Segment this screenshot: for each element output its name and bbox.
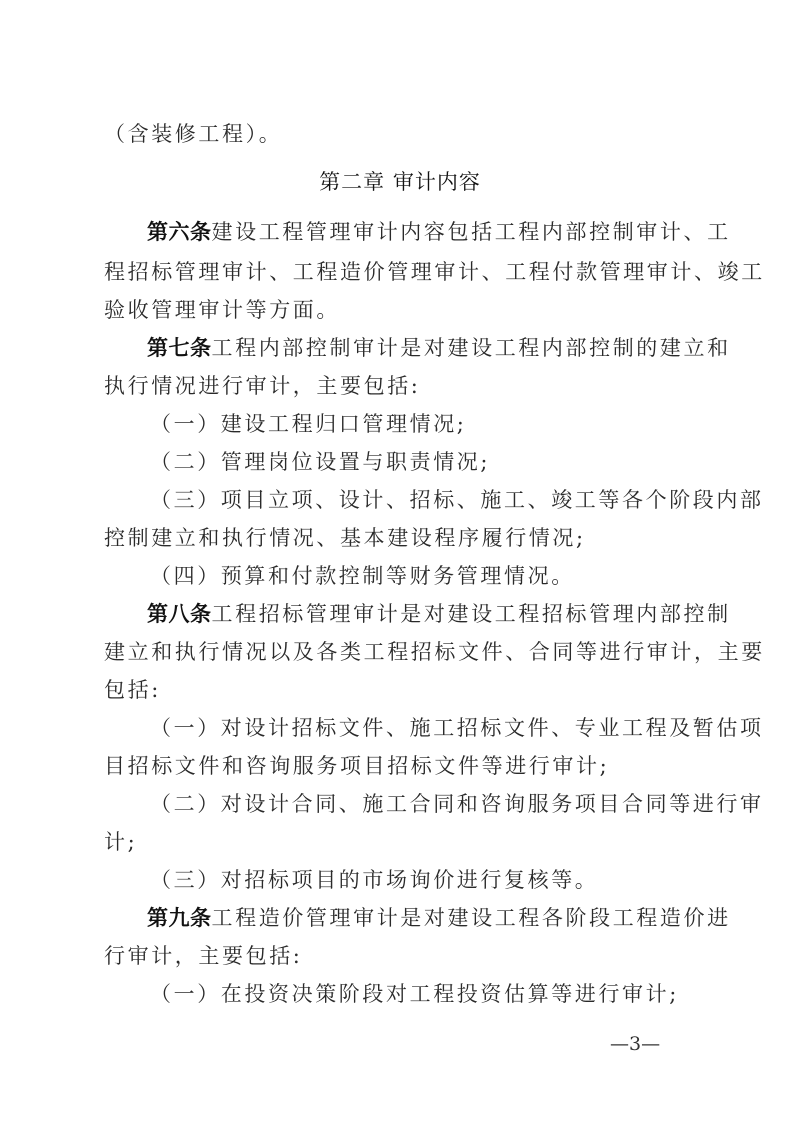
- article-6-line: 程招标管理审计、工程造价管理审计、工程付款管理审计、竣工: [104, 256, 698, 288]
- chapter-heading: 第二章 审计内容: [0, 166, 800, 198]
- article-6-first-line: 第六条建设工程管理审计内容包括工程内部控制审计、工: [147, 216, 741, 248]
- article-7-item-1: （一）建设工程归口管理情况;: [150, 408, 744, 440]
- continuation-text: （含装修工程）。: [104, 118, 698, 150]
- article-6-label: 第六条: [147, 220, 212, 244]
- article-9-item-1: （一）在投资决策阶段对工程投资估算等进行审计;: [150, 978, 744, 1010]
- article-7-item-3: （三）项目立项、设计、招标、施工、竣工等各个阶段内部: [150, 484, 744, 516]
- article-8-item-3: （三）对招标项目的市场询价进行复核等。: [150, 864, 744, 896]
- article-9-first-line: 第九条工程造价管理审计是对建设工程各阶段工程造价进: [147, 902, 741, 934]
- article-7-item-3-cont: 控制建立和执行情况、基本建设程序履行情况;: [104, 522, 698, 554]
- document-page: （含装修工程）。 第二章 审计内容 第六条建设工程管理审计内容包括工程内部控制审…: [0, 0, 800, 1130]
- article-7-line: 执行情况进行审计，主要包括:: [104, 370, 698, 402]
- article-8-line: 包括:: [104, 674, 698, 706]
- article-8-item-2-cont: 计;: [104, 826, 698, 858]
- article-6-text: 建设工程管理审计内容包括工程内部控制审计、工: [212, 220, 731, 244]
- article-9-text: 工程造价管理审计是对建设工程各阶段工程造价进: [212, 906, 731, 930]
- article-8-item-2: （二）对设计合同、施工合同和咨询服务项目合同等进行审: [150, 788, 744, 820]
- article-9-line: 行审计，主要包括:: [104, 940, 698, 972]
- article-6-line: 验收管理审计等方面。: [104, 294, 698, 326]
- article-7-item-4: （四）预算和付款控制等财务管理情况。: [150, 560, 744, 592]
- article-7-label: 第七条: [147, 336, 212, 360]
- page-number: —3—: [610, 1030, 660, 1058]
- article-8-item-1: （一）对设计招标文件、施工招标文件、专业工程及暂估项: [150, 712, 744, 744]
- article-8-label: 第八条: [147, 602, 212, 626]
- article-8-text: 工程招标管理审计是对建设工程招标管理内部控制: [212, 602, 731, 626]
- article-8-item-1-cont: 目招标文件和咨询服务项目招标文件等进行审计;: [104, 750, 698, 782]
- article-8-line: 建立和执行情况以及各类工程招标文件、合同等进行审计，主要: [104, 636, 698, 668]
- article-7-text: 工程内部控制审计是对建设工程内部控制的建立和: [212, 336, 731, 360]
- article-9-label: 第九条: [147, 906, 212, 930]
- article-7-first-line: 第七条工程内部控制审计是对建设工程内部控制的建立和: [147, 332, 741, 364]
- article-7-item-2: （二）管理岗位设置与职责情况;: [150, 446, 744, 478]
- article-8-first-line: 第八条工程招标管理审计是对建设工程招标管理内部控制: [147, 598, 741, 630]
